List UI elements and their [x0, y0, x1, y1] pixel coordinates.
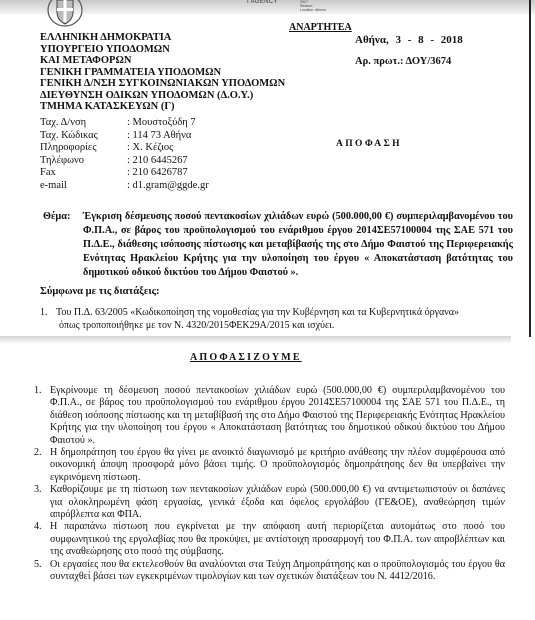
contact-row-postcode: Ταχ. Κώδικας: 114 73 Αθήνα [40, 130, 209, 143]
decision-heading: ΑΠΟΦΑΣΗ [336, 139, 402, 149]
document-page-top: ΕΛΛΗΝΙΚΗ ΔΗΜΟΚΡΑΤΙΑ ΥΠΟΥΡΓΕΙΟ ΥΠΟΔΟΜΩΝ Κ… [0, 0, 528, 338]
we-decide-heading: ΑΠΟΦΑΣΙΖΟΥΜΕ [190, 352, 302, 363]
decision-item: 5.Οι εργασίες που θα εκτελεσθούν θα αναλ… [30, 559, 505, 584]
decision-item: 2.Η δημοπράτηση του έργου θα γίνει με αν… [30, 447, 505, 484]
subject-text: Έγκριση δέσμευσης ποσού πεντακοσίων χιλι… [83, 210, 513, 280]
contact-details: Ταχ. Δ/νση: Μουστοξύδη 7 Ταχ. Κώδικας: 1… [40, 117, 209, 192]
greek-coat-of-arms-icon [45, 0, 85, 28]
decision-items-list: 1.Εγκρίνουμε τη δέσμευση ποσού πεντακοσί… [30, 385, 505, 584]
document-date: Αθήνα, 3 - 8 - 2018 [355, 34, 463, 46]
protocol-number: Αρ. πρωτ.: ΔΟΥ/3674 [355, 56, 451, 67]
provision-item: 1. Του Π.Δ. 63/2005 «Κωδικοποίηση της νο… [40, 307, 520, 332]
posting-label: ΑΝΑΡΤΗΤΕΑ [289, 22, 352, 33]
contact-row-fax: Fax: 210 6426787 [40, 167, 209, 180]
decision-item: 4.Η παραπάνω πίστωση που εγκρίνεται με τ… [30, 521, 505, 558]
subject-paragraph: Θέμα: Έγκριση δέσμευσης ποσού πεντακοσίω… [43, 210, 513, 280]
subject-label: Θέμα: [43, 210, 70, 224]
decision-item: 3.Καθορίζουμε με τη πίστωση των πεντακοσ… [30, 484, 505, 521]
page-break-shadow [0, 336, 511, 344]
contact-row-address: Ταχ. Δ/νση: Μουστοξύδη 7 [40, 117, 209, 130]
issuing-authority: ΕΛΛΗΝΙΚΗ ΔΗΜΟΚΡΑΤΙΑ ΥΠΟΥΡΓΕΙΟ ΥΠΟΔΟΜΩΝ Κ… [40, 32, 285, 113]
provisions-heading: Σύμφωνα με τις διατάξεις: [40, 286, 160, 297]
decision-item: 1.Εγκρίνουμε τη δέσμευση ποσού πεντακοσί… [30, 385, 505, 447]
contact-row-info: Πληροφορίες: Χ. Κέζιος [40, 142, 209, 155]
contact-row-email: e-mail: d1.gram@ggde.gr [40, 180, 209, 193]
page-edge-border [529, 0, 531, 337]
contact-row-phone: Τηλέφωνο: 210 6445267 [40, 155, 209, 168]
